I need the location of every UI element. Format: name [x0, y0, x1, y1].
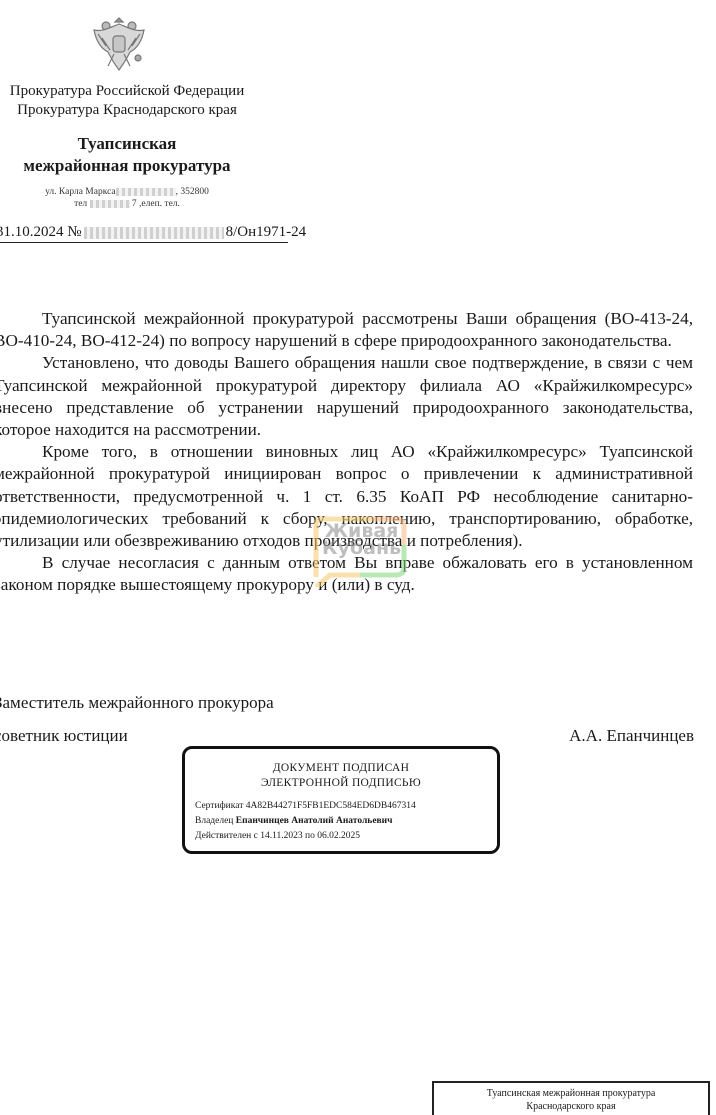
org-header: Прокуратура Российской Федерации Прокура…: [0, 82, 277, 120]
body-paragraph: Установлено, что доводы Вашего обращения…: [0, 352, 693, 441]
office-footer-stamp: Туапсинская межрайонная прокуратура Крас…: [432, 1081, 710, 1115]
reference-number-prefix: №: [67, 224, 81, 240]
letter-body: Туапсинской межрайонной прокуратурой рас…: [0, 308, 693, 597]
org-line-2: Прокуратура Краснодарского края: [0, 101, 277, 120]
electronic-signature-stamp: ДОКУМЕНТ ПОДПИСАН ЭЛЕКТРОННОЙ ПОДПИСЬЮ С…: [182, 746, 500, 854]
coat-of-arms-emblem-icon: [84, 10, 154, 76]
office-name-line-1: Туапсинская: [0, 133, 277, 155]
redacted-area: [84, 227, 224, 239]
reference-number: 8/Он1971-24: [226, 224, 307, 240]
signer-rank: советник юстиции: [0, 726, 128, 746]
address-line: ул. Карла Маркса, 352800: [0, 186, 277, 198]
signer-name: А.А. Епанчинцев: [569, 726, 694, 746]
office-name: Туапсинская межрайонная прокуратура: [0, 133, 277, 177]
redacted-area: [116, 188, 176, 196]
stamp-certificate: Сертификат 4A82B44271F5FB1EDC584ED6DB467…: [195, 799, 497, 814]
reference-date-number: 31.10.2024 №8/Он1971-24: [0, 224, 288, 243]
office-name-line-2: межрайонная прокуратура: [0, 155, 277, 177]
phone-line: тел 7 ,елеп. тел.: [0, 198, 277, 210]
reference-date: 31.10.2024: [0, 224, 64, 240]
stamp-validity: Действителен с 14.11.2023 по 06.02.2025: [195, 829, 497, 844]
office-contacts: ул. Карла Маркса, 352800 тел 7 ,елеп. те…: [0, 186, 277, 210]
stamp-title: ДОКУМЕНТ ПОДПИСАН ЭЛЕКТРОННОЙ ПОДПИСЬЮ: [185, 761, 497, 791]
body-paragraph: В случае несогласия с данным ответом Вы …: [0, 552, 693, 596]
redacted-area: [90, 200, 130, 208]
body-paragraph: Кроме того, в отношении виновных лиц АО …: [0, 441, 693, 552]
body-paragraph: Туапсинской межрайонной прокуратурой рас…: [0, 308, 693, 352]
stamp-owner: Владелец Епанчинцев Анатолий Анатольевич: [195, 814, 497, 829]
org-line-1: Прокуратура Российской Федерации: [0, 82, 277, 101]
signer-position: Заместитель межрайонного прокурора: [0, 693, 274, 713]
